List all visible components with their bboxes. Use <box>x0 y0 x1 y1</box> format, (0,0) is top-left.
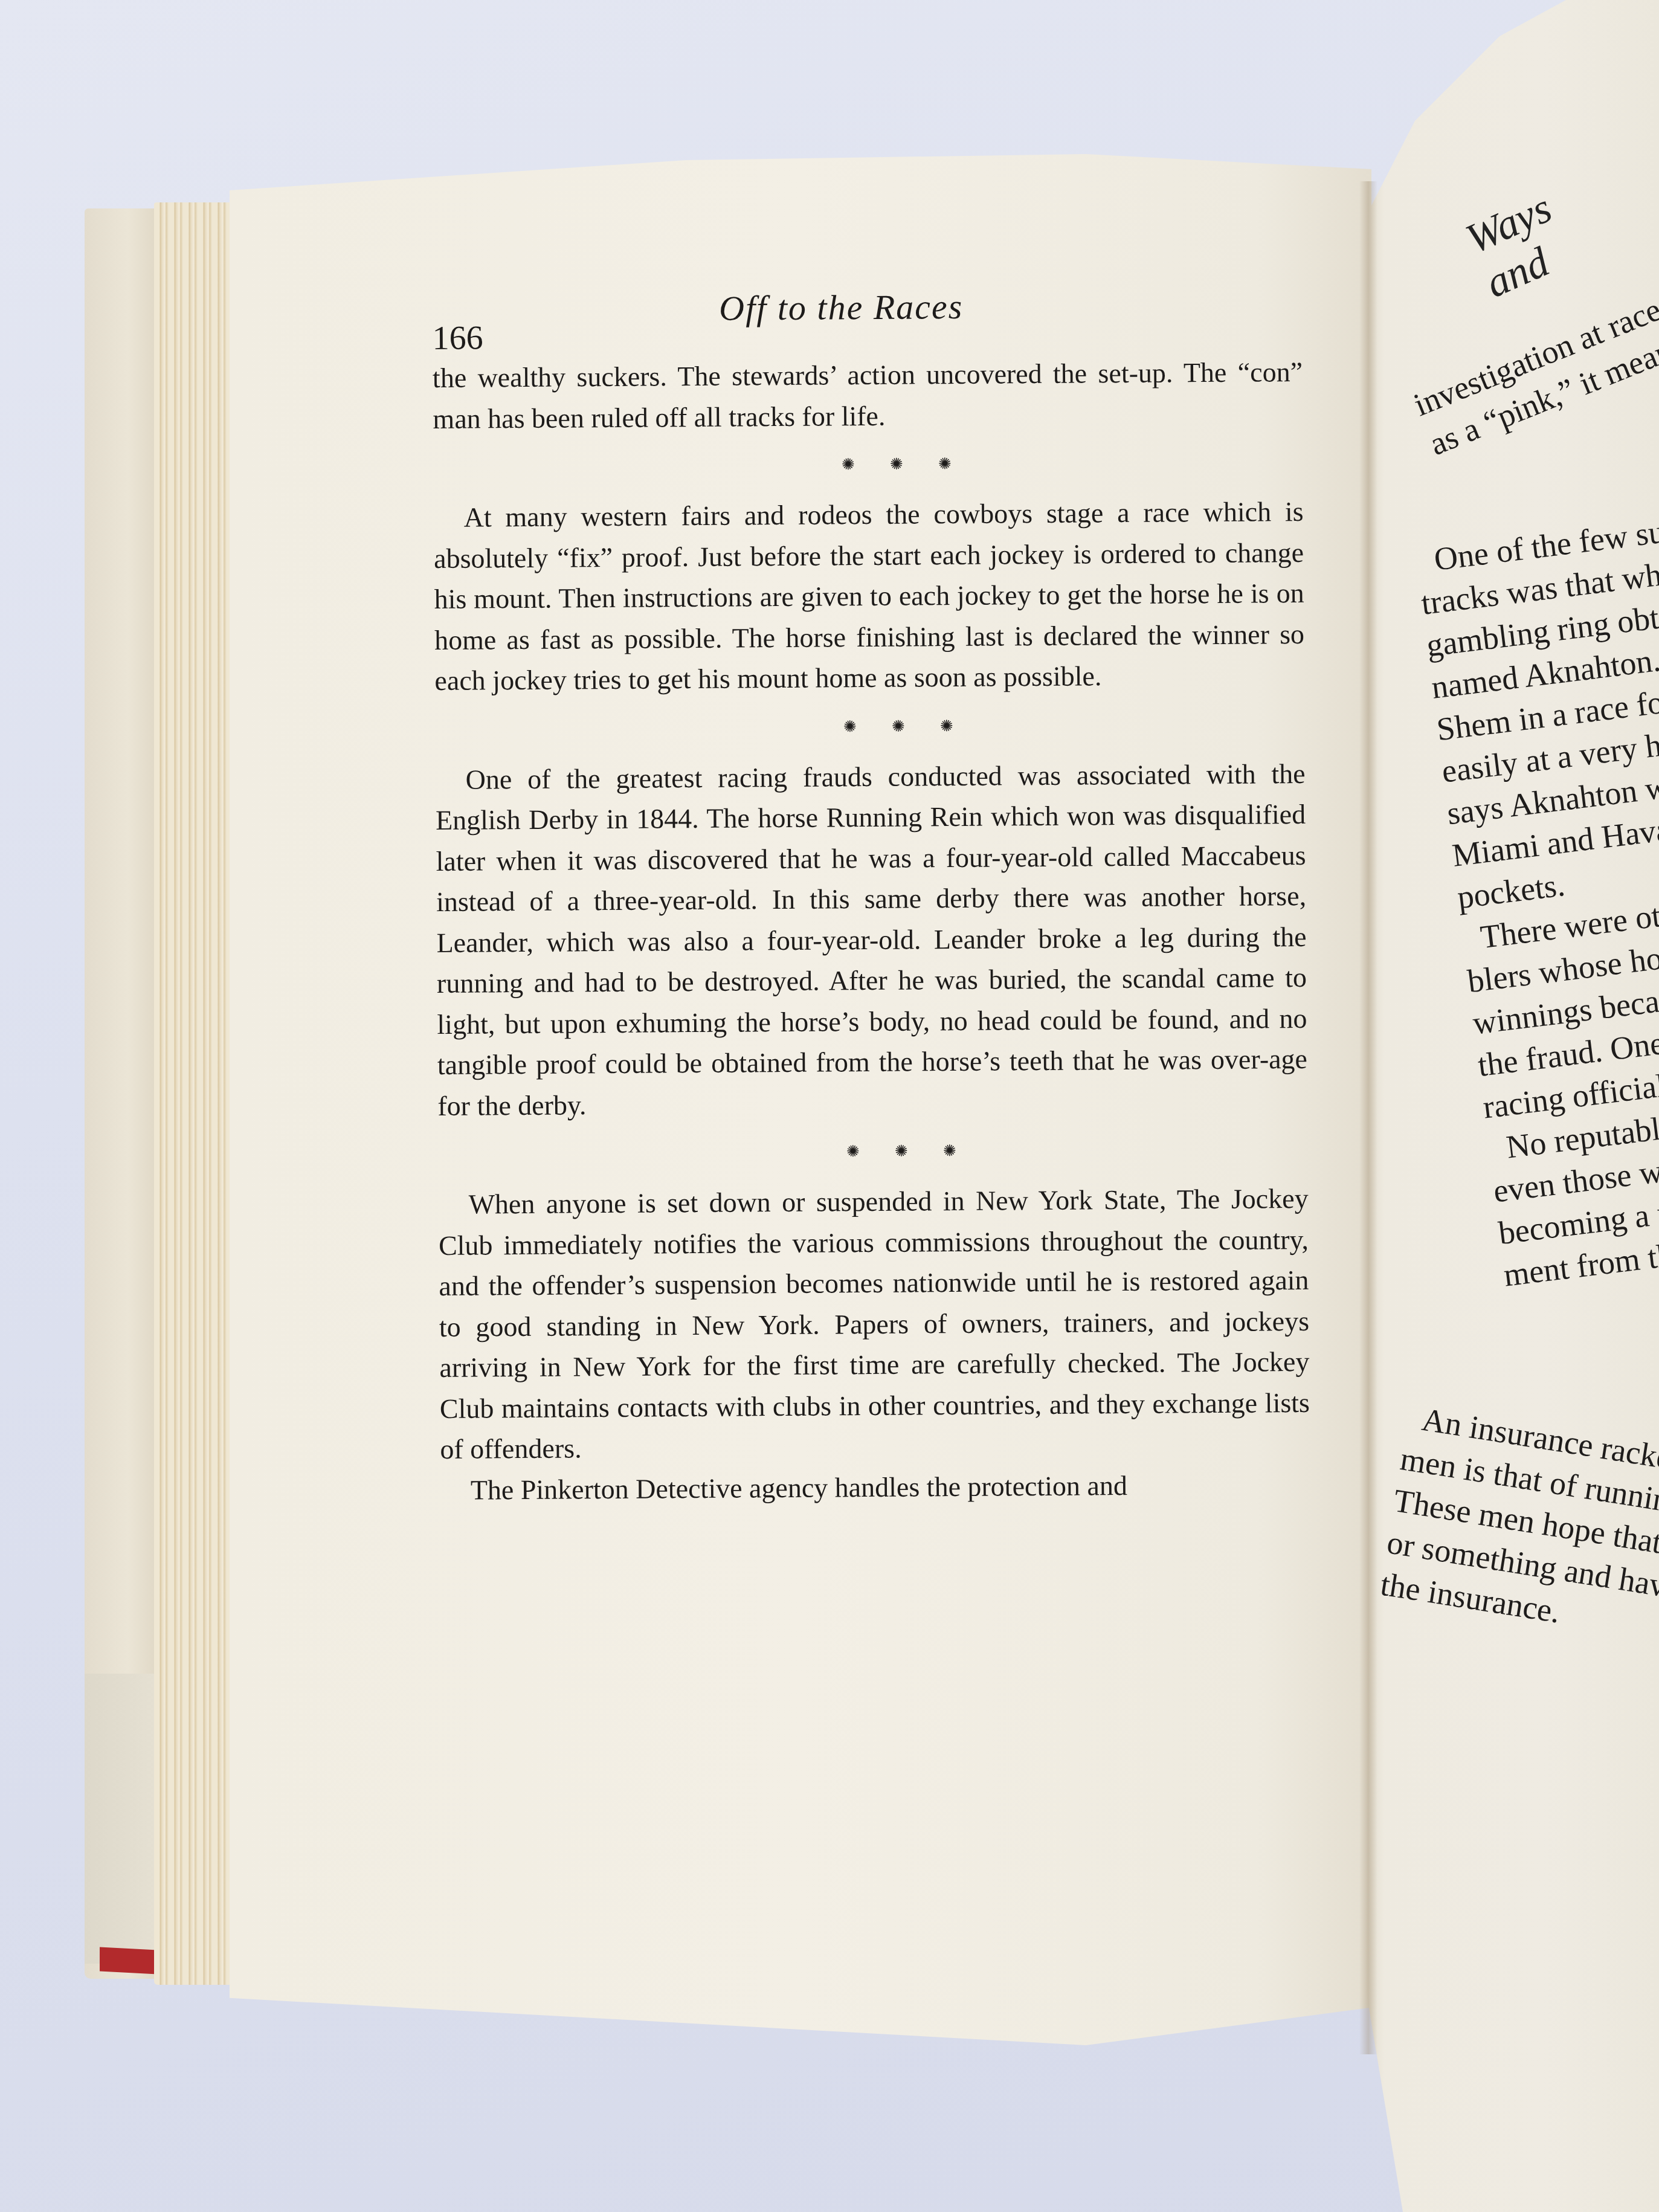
running-head: 166 Off to the Races <box>432 284 1303 356</box>
ornament-icon: ✺ <box>846 1146 857 1157</box>
gutter-shadow <box>1359 181 1377 2054</box>
ornament-icon: ✺ <box>938 459 949 469</box>
book-cover-edge-lower <box>85 1674 163 1964</box>
paragraph: At many western fairs and rodeos the cow… <box>433 491 1304 701</box>
paragraph: One of the greatest racing frauds conduc… <box>435 753 1307 1126</box>
section-separator: ✺ ✺ ✺ <box>438 1143 1308 1160</box>
ornament-icon: ✺ <box>842 459 852 470</box>
page-stack-edges <box>154 202 239 1985</box>
paragraph: The Pinkerton Detective agency handles t… <box>440 1463 1310 1511</box>
ornament-icon: ✺ <box>943 1146 954 1156</box>
section-separator: ✺ ✺ ✺ <box>435 718 1305 735</box>
ornament-icon: ✺ <box>890 459 901 470</box>
ornament-icon: ✺ <box>892 721 903 732</box>
ornament-icon: ✺ <box>895 1146 906 1157</box>
red-binding-corner <box>100 1947 157 1975</box>
ornament-icon: ✺ <box>843 721 854 732</box>
section-separator: ✺ ✺ ✺ <box>433 456 1303 473</box>
left-page-text: 166 Off to the Races the wealthy suckers… <box>432 284 1310 1511</box>
photo-scene: 166 Off to the Races the wealthy suckers… <box>0 0 1659 2212</box>
page-number: 166 <box>432 318 483 358</box>
paragraph: When anyone is set down or suspended in … <box>438 1178 1310 1470</box>
ornament-icon: ✺ <box>940 721 951 732</box>
paragraph: the wealthy suckers. The stewards’ actio… <box>433 352 1303 439</box>
chapter-title: Off to the Races <box>719 286 964 329</box>
